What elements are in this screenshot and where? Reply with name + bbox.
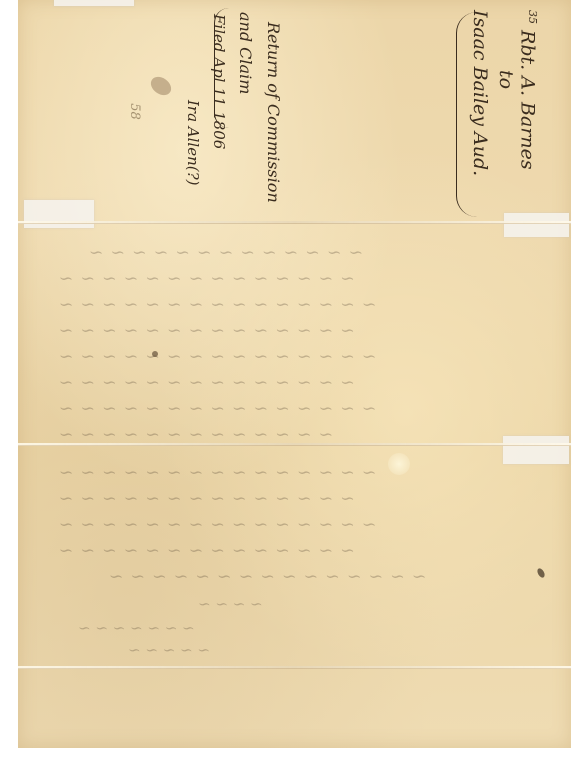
docket-filed: Filed Apl 11 1806 [206,14,232,149]
bleed-line: ~ ~ ~ ~ ~ ~ ~ ~ ~ ~ ~ ~ ~ ~ [56,489,357,509]
ink-spot [536,567,546,579]
docket-from: 35 Rbt. A. Barnes [519,10,545,176]
bleed-line: ~ ~ ~ ~ ~ ~ ~ ~ ~ ~ ~ ~ ~ ~ ~ [56,295,379,315]
bleed-line: ~ ~ ~ ~ ~ ~ ~ ~ ~ ~ ~ ~ ~ ~ ~ [56,515,379,535]
bleed-line: ~ ~ ~ ~ ~ ~ ~ ~ ~ ~ ~ ~ ~ ~ ~ [56,463,379,483]
bleed-line: ~ ~ ~ ~ ~ ~ ~ ~ ~ ~ ~ ~ ~ ~ ~ [106,567,429,587]
closing-title: ~ ~ ~ ~ ~ ~ ~ [76,619,196,637]
docket-panel: 35 Rbt. A. Barnes to Isaac Bailey Aud. R… [18,0,571,221]
docket-filed-date: Filed Apl 11 1806 [206,14,232,149]
bleed-line: ~ ~ ~ ~ ~ ~ ~ ~ ~ ~ ~ ~ ~ ~ [56,269,357,289]
bleed-line: ~ ~ ~ ~ ~ ~ ~ ~ ~ ~ ~ ~ ~ [56,425,335,445]
closing-salutation: ~ ~ ~ ~ [196,595,264,613]
bleed-line: ~ ~ ~ ~ ~ ~ ~ ~ ~ ~ ~ ~ ~ ~ ~ [56,347,379,367]
letter-body: ~ ~ ~ ~ ~ ~ ~ ~ ~ ~ ~ ~ ~ ~ ~ ~ ~ ~ ~ ~ … [18,223,571,666]
docket-subject: Return of Commission [260,22,286,203]
bleed-line: ~ ~ ~ ~ ~ ~ ~ ~ ~ ~ ~ ~ ~ [86,243,365,263]
docket-number: 35 [526,10,539,24]
bleed-line: ~ ~ ~ ~ ~ ~ ~ ~ ~ ~ ~ ~ ~ ~ [56,321,357,341]
bleed-line: ~ ~ ~ ~ ~ ~ ~ ~ ~ ~ ~ ~ ~ ~ [56,541,357,561]
ink-blot [147,73,174,99]
docket-filer: Ira Allen(?) [180,100,206,186]
docket-parties: 35 Rbt. A. Barnes to Isaac Bailey Aud. [467,10,545,176]
light-spot [388,453,410,475]
bleed-line: ~ ~ ~ ~ ~ ~ ~ ~ ~ ~ ~ ~ ~ ~ [56,373,357,393]
docket-subject-2: and Claim [232,12,258,94]
closing-signature: ~ ~ ~ ~ ~ [126,641,212,659]
side-mark-number: 58 [127,103,142,120]
docket-bracket [456,12,477,217]
letter-sheet: 35 Rbt. A. Barnes to Isaac Bailey Aud. R… [18,0,571,748]
bleed-line: ~ ~ ~ ~ ~ ~ ~ ~ ~ ~ ~ ~ ~ ~ ~ [56,399,379,419]
ink-spot [152,351,158,357]
docket-subject-line-1: Return of Commission [260,22,286,203]
docket-filed-by: Ira Allen(?) [180,100,206,186]
docket-subject-line-2: and Claim [232,12,258,94]
blank-bottom-panel [18,668,571,748]
docket-to: to [493,10,519,176]
